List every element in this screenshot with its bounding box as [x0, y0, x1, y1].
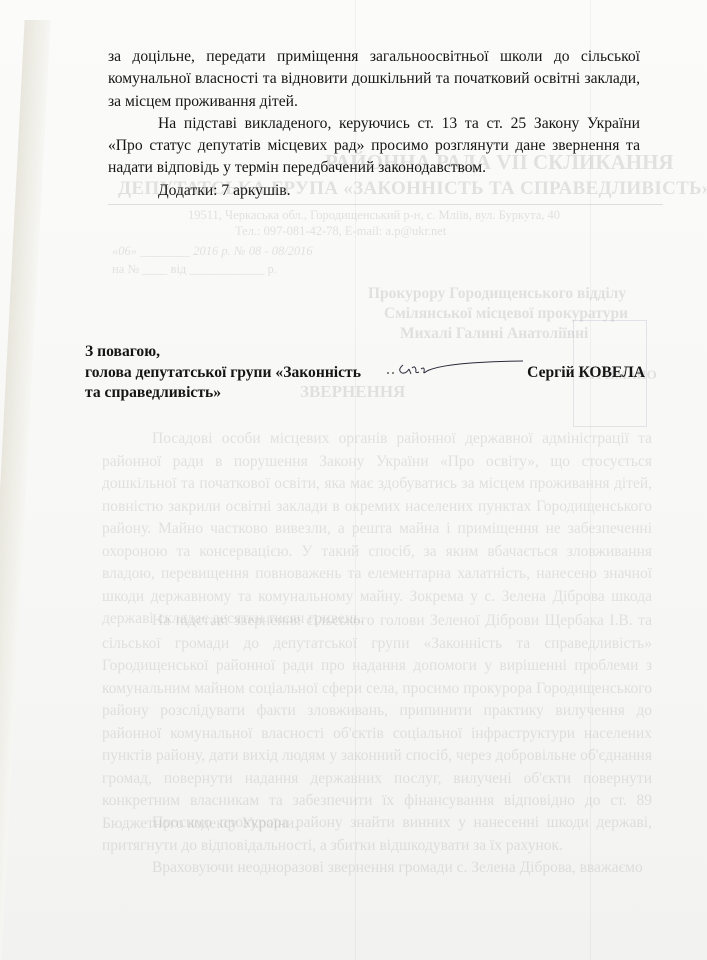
page-edge-shadow	[0, 20, 51, 960]
bleed-body-paragraph: Посадові особи місцевих органів районної…	[102, 428, 652, 631]
handwritten-signature	[385, 356, 525, 378]
bleed-body-paragraph: Просимо прокурора району знайти винних у…	[102, 812, 652, 857]
bleed-contacts: Тел.: 097-081-42-78, E-mail: a.p@ukr.net	[235, 224, 446, 239]
body-paragraph: за доцільне, передати приміщення загальн…	[108, 46, 640, 113]
signer-position: голова депутатської групи «Законність	[85, 363, 361, 384]
bleed-header-rule	[108, 204, 663, 205]
bleed-body-paragraph: На підставі звернення сільського голови …	[102, 610, 652, 835]
body-paragraph: На підставі викладеного, керуючись ст. 1…	[108, 113, 640, 180]
scanned-page: РАЙОННА РАДА VII СКЛИКАННЯ ДЕПУТАТСЬКА Г…	[0, 0, 707, 960]
attachments-note: Додатки: 7 аркушів.	[108, 180, 640, 202]
bleed-address: 19511, Черкаська обл., Городищенський р-…	[188, 208, 560, 223]
bleed-date-line: «06» ________ 2016 р. № 08 - 08/2016	[112, 244, 313, 259]
bleed-ref-line: на № ____ від ____________ р.	[112, 262, 277, 277]
signer-name: Сергій КОВЕЛА	[527, 363, 645, 384]
signature-block: З повагою, голова депутатської групи «За…	[85, 342, 645, 404]
bleed-addressee: Прокурору Городищенського відділу	[368, 285, 626, 303]
closing-greeting: З повагою,	[85, 342, 645, 363]
letter-body: за доцільне, передати приміщення загальн…	[108, 46, 640, 202]
bleed-body-paragraph: Враховуючи неодноразові звернення громад…	[102, 857, 652, 880]
signer-position-cont: та справедливість»	[85, 383, 645, 404]
bleed-addressee: Михалі Галині Анатоліївні	[400, 325, 588, 343]
